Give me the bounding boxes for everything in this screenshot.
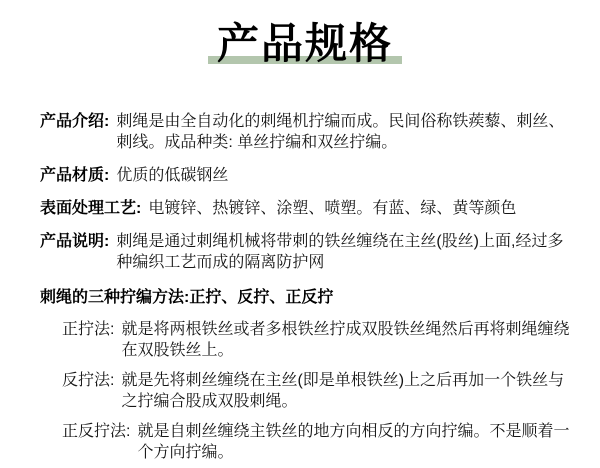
method-forward-reverse-text: 就是自刺丝缠绕主铁丝的地方向相反的方向拧编。不是顺着一个方向拧编。	[137, 421, 570, 463]
spec-intro-label: 产品介绍:	[40, 111, 109, 132]
spec-surface-text: 电镀锌、热镀锌、涂塑、喷塑。有蓝、绿、黄等颜色	[148, 198, 570, 219]
spec-row-description: 产品说明: 刺绳是通过刺绳机械将带刺的铁丝缠绕在主丝(股丝)上面,经过多种编织工…	[40, 231, 570, 273]
spec-surface-label: 表面处理工艺:	[40, 198, 141, 219]
method-forward-reverse-label: 正反拧法:	[62, 421, 130, 442]
spec-description-text: 刺绳是通过刺绳机械将带刺的铁丝缠绕在主丝(股丝)上面,经过多种编织工艺而成的隔离…	[116, 231, 570, 273]
method-row-reverse-twist: 反拧法: 就是先将刺丝缠绕在主丝(即是单根铁丝)上之后再加一个铁丝与之拧编合股成…	[62, 370, 570, 412]
spec-material-label: 产品材质:	[40, 165, 109, 186]
methods-heading: 刺绳的三种拧编方法:正拧、反拧、正反拧	[40, 287, 570, 308]
method-row-forward-twist: 正拧法: 就是将两根铁丝或者多根铁丝拧成双股铁丝绳然后再将刺绳缠绕在双股铁丝上。	[62, 319, 570, 361]
method-forward-text: 就是将两根铁丝或者多根铁丝拧成双股铁丝绳然后再将刺绳缠绕在双股铁丝上。	[121, 319, 570, 361]
product-spec-page: 产品规格 产品介绍: 刺绳是由全自动化的刺绳机拧编而成。民间俗称铁蒺藜、刺丝、刺…	[0, 0, 600, 468]
page-title: 产品规格	[208, 20, 402, 67]
spec-row-intro: 产品介绍: 刺绳是由全自动化的刺绳机拧编而成。民间俗称铁蒺藜、刺丝、刺线。成品种…	[40, 111, 570, 153]
spec-intro-text: 刺绳是由全自动化的刺绳机拧编而成。民间俗称铁蒺藜、刺丝、刺线。成品种类: 单丝拧…	[116, 111, 570, 153]
spec-description-label: 产品说明:	[40, 231, 109, 252]
method-reverse-text: 就是先将刺丝缠绕在主丝(即是单根铁丝)上之后再加一个铁丝与之拧编合股成双股刺绳。	[121, 370, 570, 412]
method-reverse-label: 反拧法:	[62, 370, 114, 391]
method-row-forward-reverse-twist: 正反拧法: 就是自刺丝缠绕主铁丝的地方向相反的方向拧编。不是顺着一个方向拧编。	[62, 421, 570, 463]
page-header: 产品规格	[40, 20, 570, 67]
spec-row-surface-treatment: 表面处理工艺: 电镀锌、热镀锌、涂塑、喷塑。有蓝、绿、黄等颜色	[40, 198, 570, 219]
spec-material-text: 优质的低碳钢丝	[116, 165, 570, 186]
method-forward-label: 正拧法:	[62, 319, 114, 340]
spec-content: 产品介绍: 刺绳是由全自动化的刺绳机拧编而成。民间俗称铁蒺藜、刺丝、刺线。成品种…	[40, 111, 570, 463]
spec-row-material: 产品材质: 优质的低碳钢丝	[40, 165, 570, 186]
